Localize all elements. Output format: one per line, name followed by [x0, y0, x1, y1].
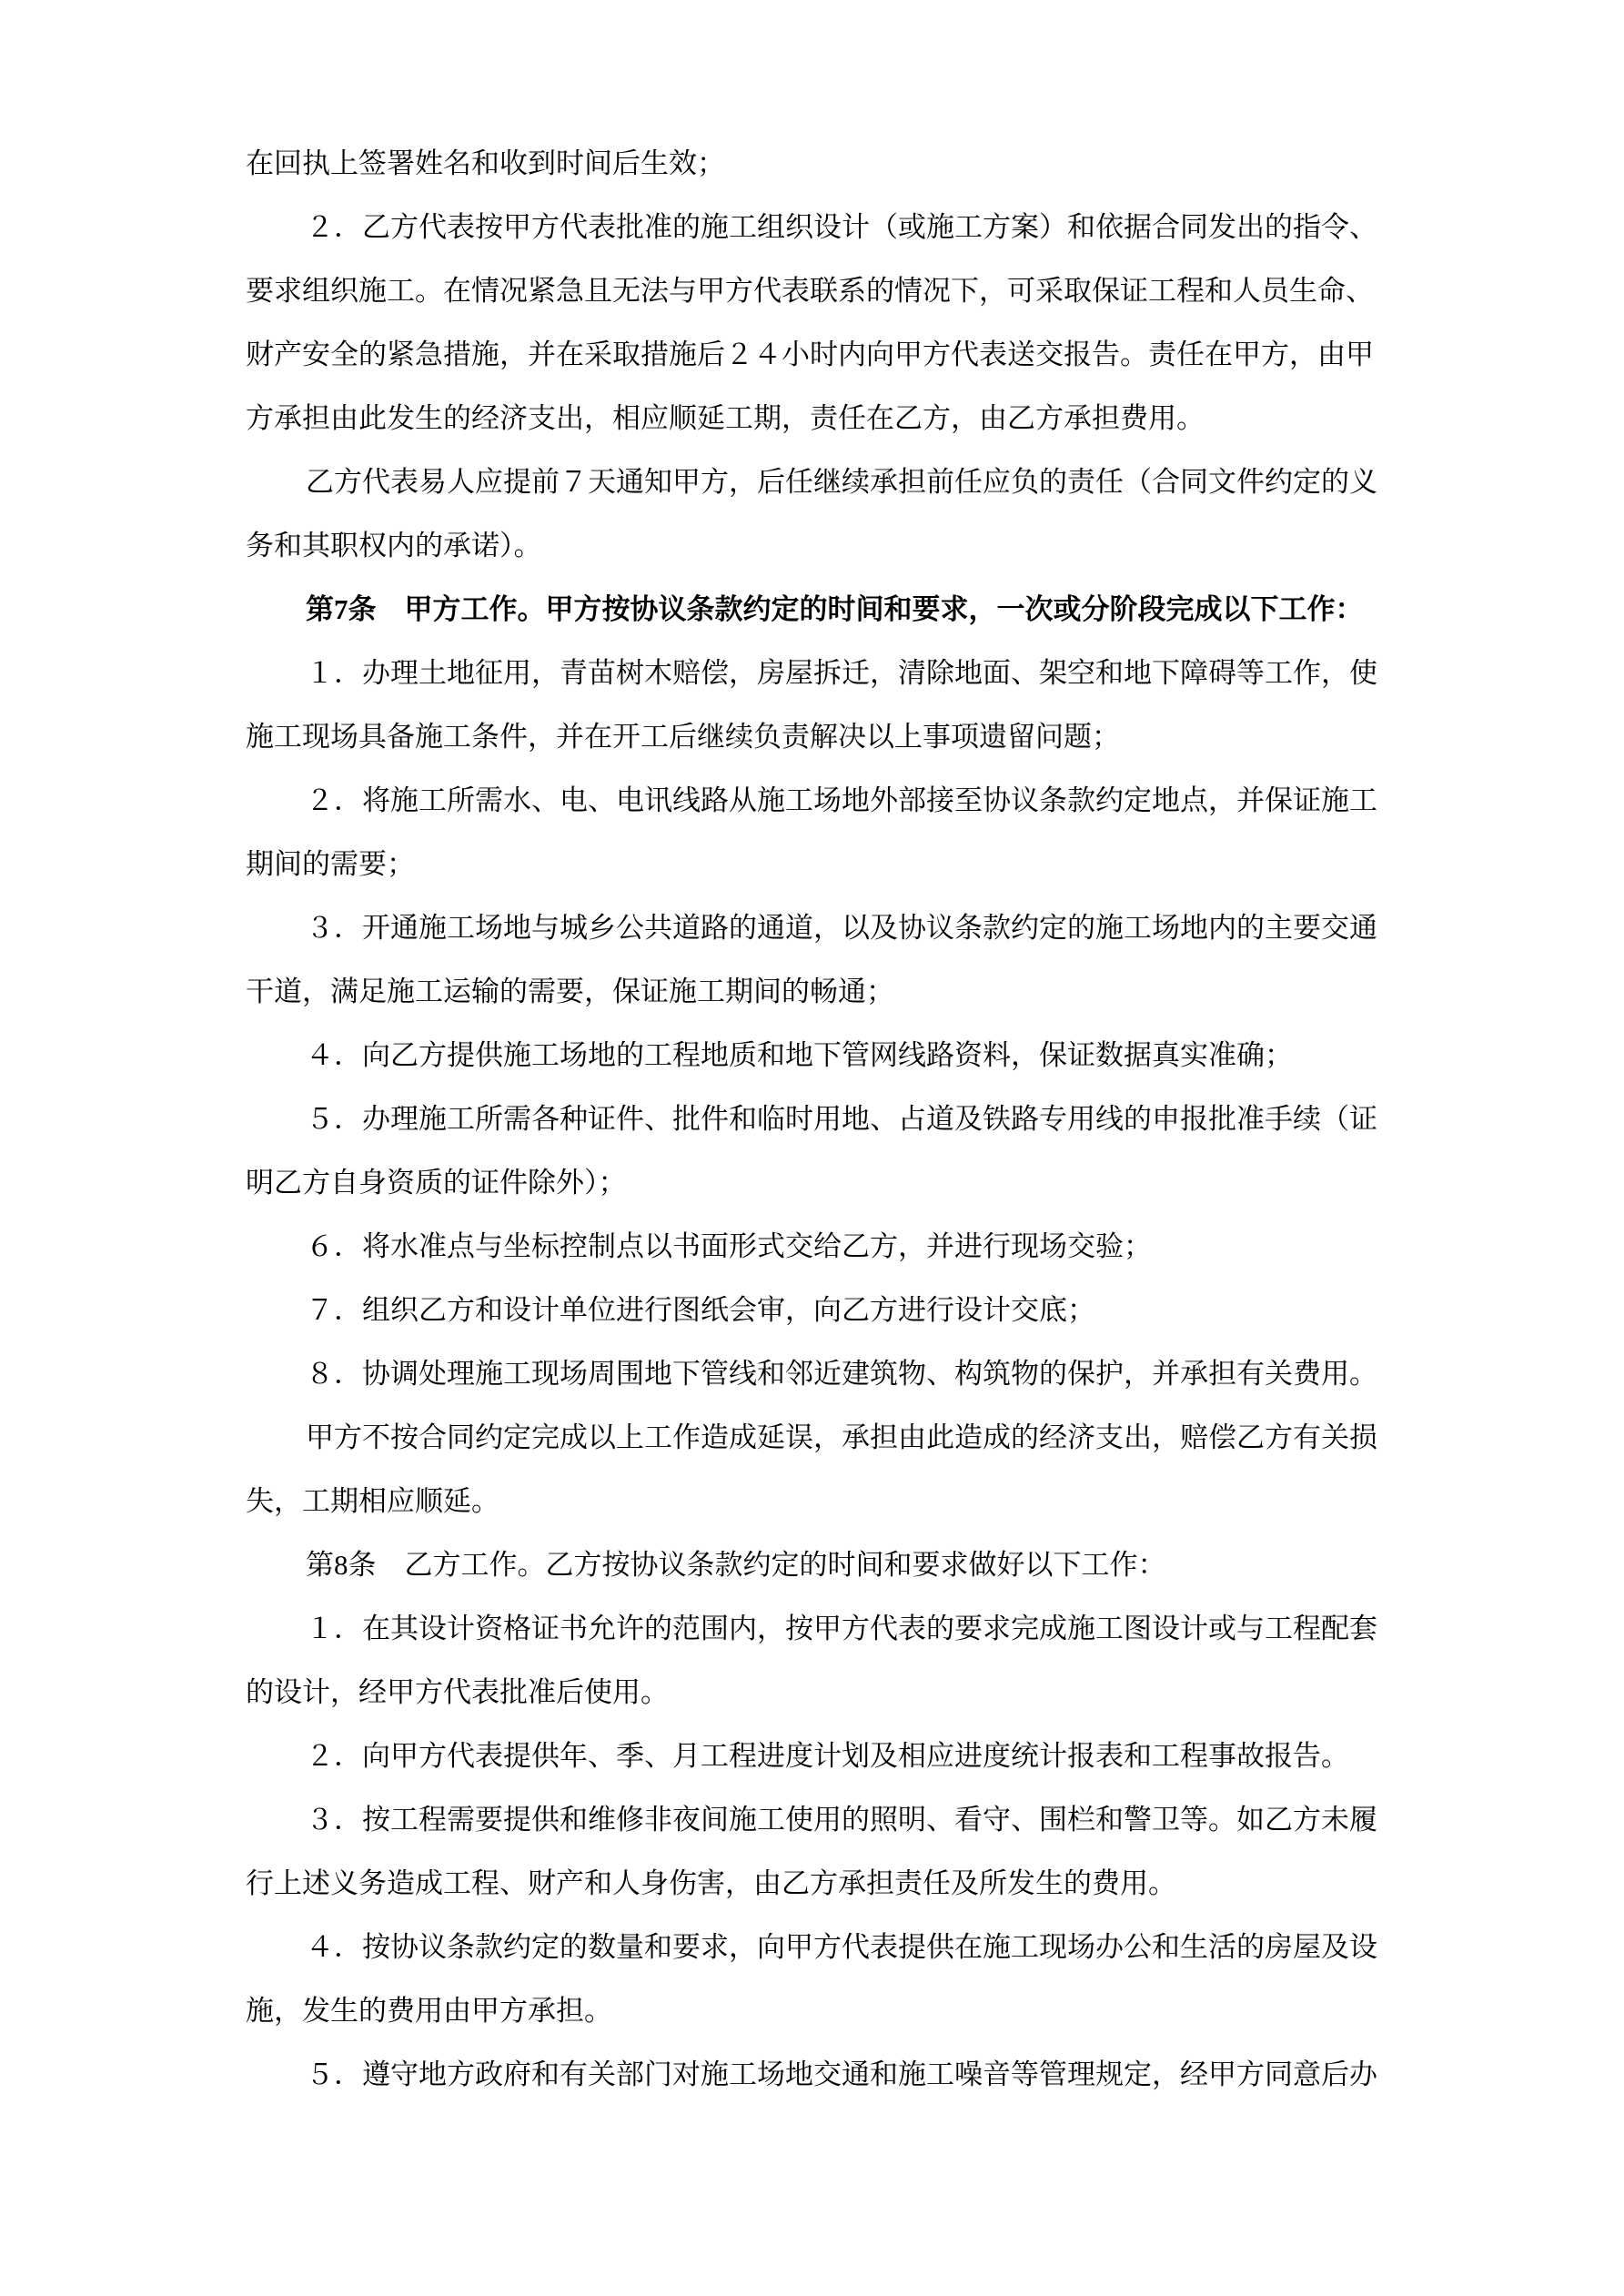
text-line: ５．办理施工所需各种证件、批件和临时用地、占道及铁路专用线的申报批准手续（证 [246, 1087, 1374, 1151]
text-line: ４．向乙方提供施工场地的工程地质和地下管网线路资料，保证数据真实准确； [246, 1024, 1374, 1087]
text-line: 干道，满足施工运输的需要，保证施工期间的畅通； [246, 960, 1374, 1024]
text-line: ５．遵守地方政府和有关部门对施工场地交通和施工噪音等管理规定，经甲方同意后办 [246, 2043, 1374, 2107]
body-paragraph: ２．将施工所需水、电、电讯线路从施工场地外部接至协议条款约定地点，并保证施工期间… [246, 769, 1374, 896]
text-line: 明乙方自身资质的证件除外）； [246, 1151, 1374, 1215]
text-line: 第7条 甲方工作。甲方按协议条款约定的时间和要求，一次或分阶段完成以下工作： [246, 578, 1374, 642]
text-line: ２．乙方代表按甲方代表批准的施工组织设计（或施工方案）和依据合同发出的指令、 [246, 196, 1374, 259]
body-paragraph: １．办理土地征用，青苗树木赔偿，房屋拆迁，清除地面、架空和地下障碍等工作，使施工… [246, 642, 1374, 769]
document-page: 在回执上签署姓名和收到时间后生效；２．乙方代表按甲方代表批准的施工组织设计（或施… [0, 0, 1624, 2296]
body-paragraph: ３．按工程需要提供和维修非夜间施工使用的照明、看守、围栏和警卫等。如乙方未履行上… [246, 1788, 1374, 1916]
body-paragraph: ２．乙方代表按甲方代表批准的施工组织设计（或施工方案）和依据合同发出的指令、要求… [246, 196, 1374, 450]
body-paragraph: ６．将水准点与坐标控制点以书面形式交给乙方，并进行现场交验； [246, 1215, 1374, 1279]
text-line: 务和其职权内的承诺）。 [246, 514, 1374, 578]
text-line: ３．开通施工场地与城乡公共道路的通道，以及协议条款约定的施工场地内的主要交通 [246, 896, 1374, 960]
body-paragraph: １．在其设计资格证书允许的范围内，按甲方代表的要求完成施工图设计或与工程配套的设… [246, 1597, 1374, 1725]
text-line: ８．协调处理施工现场周围地下管线和邻近建筑物、构筑物的保护，并承担有关费用。 [246, 1342, 1374, 1406]
body-paragraph: ２．向甲方代表提供年、季、月工程进度计划及相应进度统计报表和工程事故报告。 [246, 1725, 1374, 1788]
text-line: ３．按工程需要提供和维修非夜间施工使用的照明、看守、围栏和警卫等。如乙方未履 [246, 1788, 1374, 1852]
text-line: ４．按协议条款约定的数量和要求，向甲方代表提供在施工现场办公和生活的房屋及设 [246, 1916, 1374, 1979]
body-paragraph: 乙方代表易人应提前７天通知甲方，后任继续承担前任应负的责任（合同文件约定的义务和… [246, 450, 1374, 578]
text-line: 在回执上签署姓名和收到时间后生效； [246, 132, 1374, 196]
clause-heading-paragraph: 第7条 甲方工作。甲方按协议条款约定的时间和要求，一次或分阶段完成以下工作： [246, 578, 1374, 642]
body-paragraph: ７．组织乙方和设计单位进行图纸会审，向乙方进行设计交底； [246, 1279, 1374, 1342]
body-paragraph: ５．遵守地方政府和有关部门对施工场地交通和施工噪音等管理规定，经甲方同意后办 [246, 2043, 1374, 2107]
body-paragraph: ４．向乙方提供施工场地的工程地质和地下管网线路资料，保证数据真实准确； [246, 1024, 1374, 1087]
text-line: １．在其设计资格证书允许的范围内，按甲方代表的要求完成施工图设计或与工程配套 [246, 1597, 1374, 1661]
text-line: 期间的需要； [246, 833, 1374, 896]
contract-text: 在回执上签署姓名和收到时间后生效；２．乙方代表按甲方代表批准的施工组织设计（或施… [246, 132, 1374, 2107]
text-line: ２．将施工所需水、电、电讯线路从施工场地外部接至协议条款约定地点，并保证施工 [246, 769, 1374, 833]
text-line: １．办理土地征用，青苗树木赔偿，房屋拆迁，清除地面、架空和地下障碍等工作，使 [246, 642, 1374, 705]
body-paragraph: ４．按协议条款约定的数量和要求，向甲方代表提供在施工现场办公和生活的房屋及设施，… [246, 1916, 1374, 2043]
body-paragraph: ５．办理施工所需各种证件、批件和临时用地、占道及铁路专用线的申报批准手续（证明乙… [246, 1087, 1374, 1215]
text-line: 的设计，经甲方代表批准后使用。 [246, 1661, 1374, 1725]
text-line: ６．将水准点与坐标控制点以书面形式交给乙方，并进行现场交验； [246, 1215, 1374, 1279]
body-paragraph: ８．协调处理施工现场周围地下管线和邻近建筑物、构筑物的保护，并承担有关费用。 [246, 1342, 1374, 1406]
text-line: ２．向甲方代表提供年、季、月工程进度计划及相应进度统计报表和工程事故报告。 [246, 1725, 1374, 1788]
text-line: 行上述义务造成工程、财产和人身伤害，由乙方承担责任及所发生的费用。 [246, 1852, 1374, 1916]
text-line: 方承担由此发生的经济支出，相应顺延工期，责任在乙方，由乙方承担费用。 [246, 387, 1374, 450]
body-paragraph: ３．开通施工场地与城乡公共道路的通道，以及协议条款约定的施工场地内的主要交通干道… [246, 896, 1374, 1024]
text-line: 施工现场具备施工条件，并在开工后继续负责解决以上事项遗留问题； [246, 705, 1374, 769]
text-line: ７．组织乙方和设计单位进行图纸会审，向乙方进行设计交底； [246, 1279, 1374, 1342]
text-line: 要求组织施工。在情况紧急且无法与甲方代表联系的情况下，可采取保证工程和人员生命、 [246, 259, 1374, 323]
text-line: 甲方不按合同约定完成以上工作造成延误，承担由此造成的经济支出，赔偿乙方有关损 [246, 1406, 1374, 1470]
text-line: 施，发生的费用由甲方承担。 [246, 1979, 1374, 2043]
text-line: 乙方代表易人应提前７天通知甲方，后任继续承担前任应负的责任（合同文件约定的义 [246, 450, 1374, 514]
clause-heading-paragraph: 第8条 乙方工作。乙方按协议条款约定的时间和要求做好以下工作： [246, 1533, 1374, 1597]
body-paragraph: 在回执上签署姓名和收到时间后生效； [246, 132, 1374, 196]
text-line: 第8条 乙方工作。乙方按协议条款约定的时间和要求做好以下工作： [246, 1533, 1374, 1597]
text-line: 财产安全的紧急措施，并在采取措施后２４小时内向甲方代表送交报告。责任在甲方，由甲 [246, 323, 1374, 387]
body-paragraph: 甲方不按合同约定完成以上工作造成延误，承担由此造成的经济支出，赔偿乙方有关损失，… [246, 1406, 1374, 1533]
text-line: 失，工期相应顺延。 [246, 1470, 1374, 1533]
